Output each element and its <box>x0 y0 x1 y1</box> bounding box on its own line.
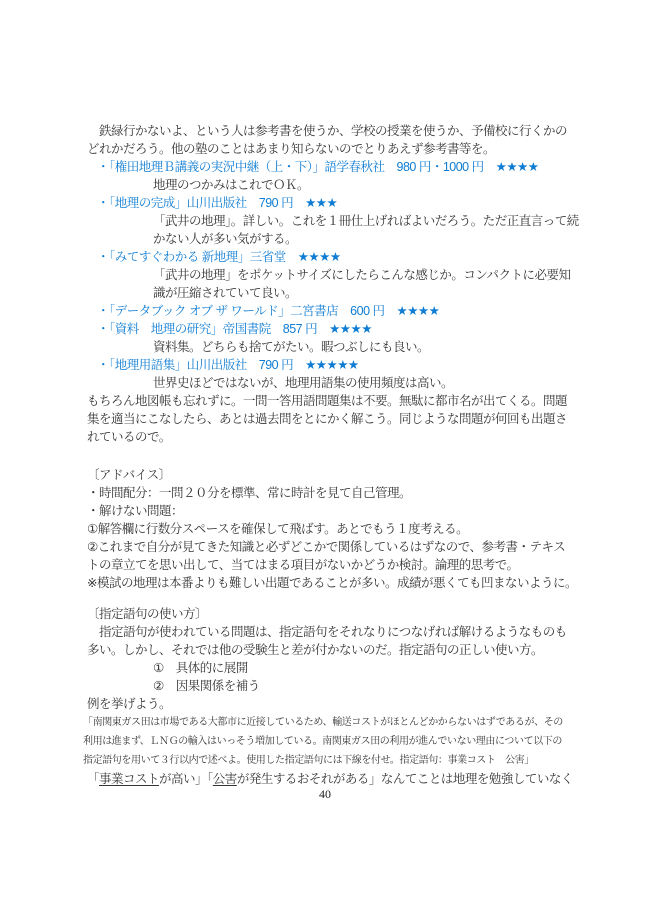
text-line: 「武井の地理」をポケットサイズにしたらこんな感じか。コンパクトに必要知 <box>87 266 577 284</box>
text-line: 「武井の地理」。詳しい。これを１冊仕上げればよいだろう。ただ正直言って続 <box>87 212 577 230</box>
text-line: ①解答欄に行数分スペースを確保して飛ばす。あとでもう１度考える。 <box>87 520 577 538</box>
book-entry-line: ・「データブック オブ ザ ワールド」二宮書店 600 円 ★★★★ <box>87 302 577 320</box>
text-line: れているので。 <box>87 428 577 446</box>
text-line: 識が圧縮されていて良い。 <box>87 284 577 302</box>
text-line: 世界史ほどではないが、地理用語集の使用頻度は高い。 <box>87 374 577 392</box>
text-line: 利用は進まず、ＬＮＧの輸入はいっそう増加している。南関東ガス田の利用が進んでいな… <box>83 732 577 751</box>
text-line: ① 具体的に展開 <box>87 659 577 677</box>
text-line: 鉄緑行かないよ、という人は参考書を使うか、学校の授業を使うか、予備校に行くかの <box>87 122 577 140</box>
text-line: 集を適当にこなしたら、あとは過去問をとにかく解こう。同じような問題が何回も出題さ <box>87 410 577 428</box>
text-line: ・解けない問題： <box>87 502 577 520</box>
text-line: もちろん地図帳も忘れずに。一問一答用語問題集は不要。無駄に都市名が出てくる。問題 <box>87 392 577 410</box>
text-line: トの章立てを思い出して、当てはまる項目がないかどうか検討。論理的思考で。 <box>87 556 577 574</box>
text-line: 「南関東ガス田は市場である大都市に近接しているため、輸送コストがほとんどかからな… <box>83 713 577 732</box>
text-line: ※模試の地理は本番よりも難しい出題であることが多い。成績が悪くても凹まないように… <box>87 574 577 592</box>
text-line: 地理のつかみはこれでＯＫ。 <box>87 176 577 194</box>
page-text-block: 鉄緑行かないよ、という人は参考書を使うか、学校の授業を使うか、予備校に行くかのど… <box>87 122 577 788</box>
book-entry-line: ・「みてすぐわかる 新地理」三省堂 ★★★★ <box>87 248 577 266</box>
book-entry-line: ・「資料 地理の研究」帝国書院 857 円 ★★★★ <box>87 320 577 338</box>
text-line: ②これまで自分が見てきた知識と必ずどこかで関係しているはずなので、参考書・テキス <box>87 538 577 556</box>
text-line: どれかだろう。他の塾のことはあまり知らないのでとりあえず参考書等を。 <box>87 140 577 158</box>
text-line: 「事業コストが高い」「公害が発生するおそれがある」なんてことは地理を勉強していな… <box>87 770 577 788</box>
underlined-term: 事業コスト <box>99 772 159 786</box>
text-line: 多い。しかし、それでは他の受験生と差が付かないのだ。指定語句の正しい使い方。 <box>87 641 577 659</box>
book-entry-line: ・「地理の完成」山川出版社 790 円 ★★★ <box>87 194 577 212</box>
text-line: 指定語句が使われている問題は、指定語句をそれなりにつなげれば解けるようなものも <box>87 623 577 641</box>
book-entry-line: ・「地理用語集」山川出版社 790 円 ★★★★★ <box>87 356 577 374</box>
text-line: ・時間配分：一問２０分を標準、常に時計を見て自己管理。 <box>87 484 577 502</box>
text-line: かない人が多い気がする。 <box>87 230 577 248</box>
page-number: 40 <box>0 787 650 802</box>
document-page: 鉄緑行かないよ、という人は参考書を使うか、学校の授業を使うか、予備校に行くかのど… <box>0 0 650 919</box>
underlined-term: 公害 <box>213 772 237 786</box>
text-line: 指定語句を用いて３行以内で述べよ。使用した指定語句には下線を付せ。指定語句：事業… <box>83 751 577 770</box>
book-entry-line: ・「権田地理Ｂ講義の実況中継（上・下）」語学春秋社 980 円・1000 円 ★… <box>87 158 577 176</box>
text-line: 例を挙げよう。 <box>87 695 577 713</box>
text-segment: が発生するおそれがある」なんてことは地理を勉強していなく <box>237 772 573 786</box>
text-line: 〔指定語句の使い方〕 <box>87 605 577 623</box>
text-segment: が高い」「 <box>159 772 213 786</box>
text-line: ② 因果関係を補う <box>87 677 577 695</box>
text-line: 〔アドバイス〕 <box>87 466 577 484</box>
text-segment: 「 <box>87 772 99 786</box>
text-line: 資料集。どちらも捨てがたい。暇つぶしにも良い。 <box>87 338 577 356</box>
